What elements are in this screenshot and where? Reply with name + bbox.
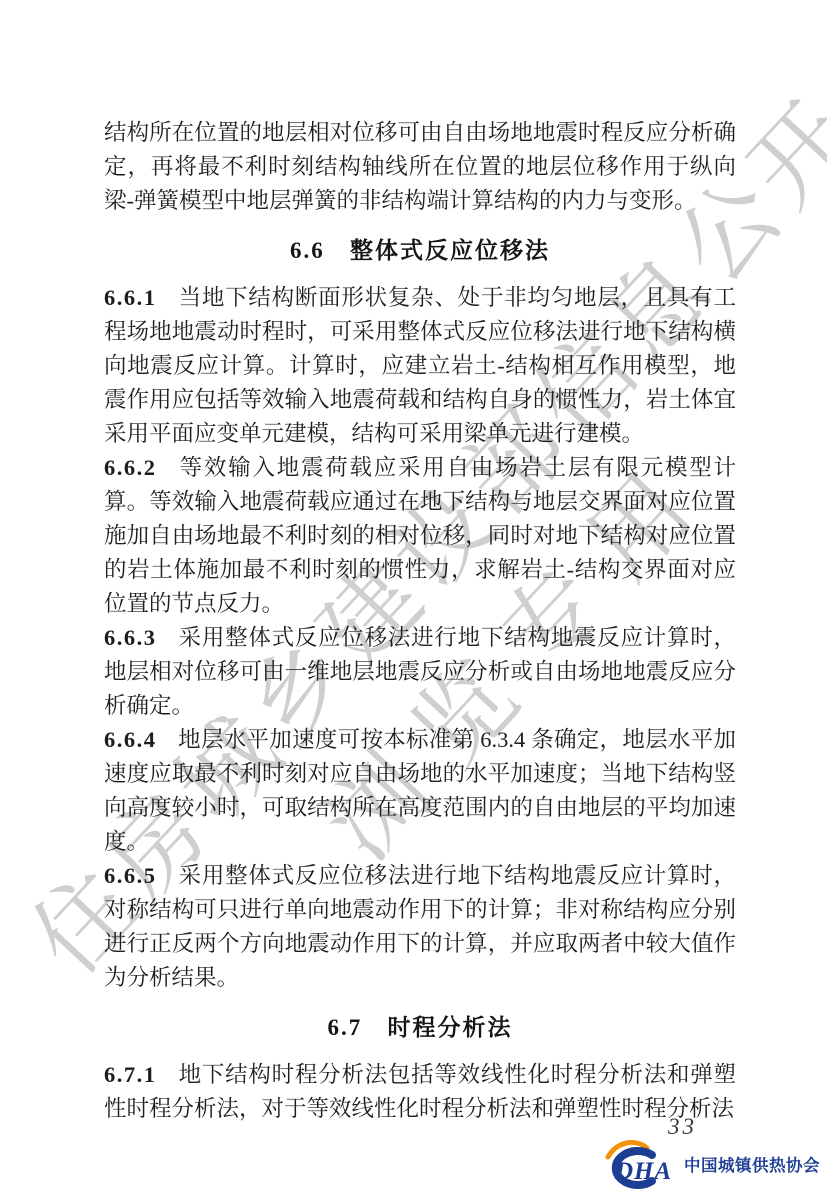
dha-logo-mark: DHA xyxy=(594,1138,680,1190)
clause-number: 6.6.3 xyxy=(104,625,157,650)
section-number: 6.7 xyxy=(327,1015,362,1040)
clause-number: 6.6.4 xyxy=(104,727,157,752)
clause-text: 当地下结构断面形状复杂、处于非均匀地层，且具有工程场地地震动时程时，可采用整体式… xyxy=(104,285,736,446)
clause-text: 地下结构时程分析法包括等效线性化时程分析法和弹塑性时程分析法，对于等效线性化时程… xyxy=(104,1062,736,1121)
org-name: 中国城镇供热协会 xyxy=(684,1152,820,1176)
org-logo: DHA 中国城镇供热协会 xyxy=(594,1138,820,1190)
clause-text: 采用整体式反应位移法进行地下结构地震反应计算时，地层相对位移可由一维地层地震反应… xyxy=(104,625,736,718)
clause-6-6-2: 6.6.2等效输入地震荷载应采用自由场岩土层有限元模型计算。等效输入地震荷载应通… xyxy=(104,451,736,621)
section-heading-6-7: 6.7 时程分析法 xyxy=(104,1010,736,1045)
clause-number: 6.7.1 xyxy=(104,1062,157,1087)
clause-text: 等效输入地震荷载应采用自由场岩土层有限元模型计算。等效输入地震荷载应通过在地下结… xyxy=(104,455,736,616)
section-heading-6-6: 6.6 整体式反应位移法 xyxy=(104,233,736,268)
clause-number: 6.6.1 xyxy=(104,285,157,310)
clause-6-6-4: 6.6.4地层水平加速度可按本标准第 6.3.4 条确定，地层水平加速度应取最不… xyxy=(104,723,736,859)
clause-6-6-5: 6.6.5采用整体式反应位移法进行地下结构地震反应计算时，对称结构可只进行单向地… xyxy=(104,859,736,995)
clause-6-6-3: 6.6.3采用整体式反应位移法进行地下结构地震反应计算时，地层相对位移可由一维地… xyxy=(104,621,736,723)
section-title: 时程分析法 xyxy=(388,1014,513,1040)
clause-text: 地层水平加速度可按本标准第 6.3.4 条确定，地层水平加速度应取最不利时刻对应… xyxy=(104,727,736,854)
clause-text: 采用整体式反应位移法进行地下结构地震反应计算时，对称结构可只进行单向地震动作用下… xyxy=(104,863,736,990)
paragraph-intro-continuation: 结构所在位置的地层相对位移可由自由场地地震时程反应分析确定，再将最不利时刻结构轴… xyxy=(104,116,736,218)
page-number: 33 xyxy=(668,1114,697,1140)
section-number: 6.6 xyxy=(290,238,325,263)
clause-6-6-1: 6.6.1当地下结构断面形状复杂、处于非均匀地层，且具有工程场地地震动时程时，可… xyxy=(104,281,736,451)
section-title: 整体式反应位移法 xyxy=(350,237,550,263)
logo-abbr-text: DHA xyxy=(614,1158,672,1185)
clause-number: 6.6.5 xyxy=(104,863,157,888)
clause-6-7-1: 6.7.1地下结构时程分析法包括等效线性化时程分析法和弹塑性时程分析法，对于等效… xyxy=(104,1058,736,1126)
page-content: 结构所在位置的地层相对位移可由自由场地地震时程反应分析确定，再将最不利时刻结构轴… xyxy=(104,116,736,1126)
clause-number: 6.6.2 xyxy=(104,455,157,480)
document-page: 住房城乡建设部信息公开 浏览专用 结构所在位置的地层相对位移可由自由场地地震时程… xyxy=(0,0,827,1198)
